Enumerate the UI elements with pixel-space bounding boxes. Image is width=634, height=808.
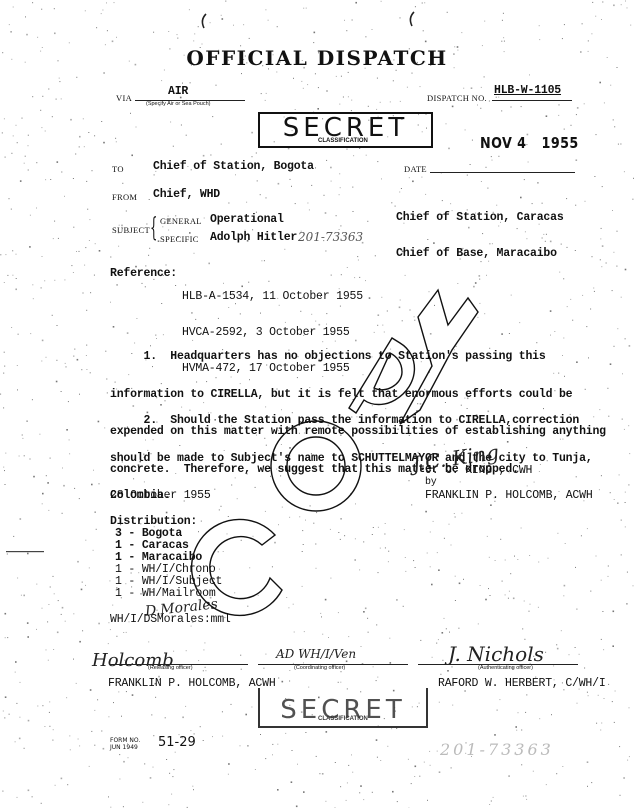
via-field: AIR [135, 86, 245, 101]
cc-list: Chief of Station, Caracas Chief of Base,… [396, 188, 564, 272]
releasing-officer-name: FRANKLIN P. HOLCOMB, ACWH [108, 677, 276, 690]
classification-caption: CLASSIFICATION [318, 138, 368, 144]
dispatch-no-label: DISPATCH NO. [427, 93, 487, 103]
general-label: GENERAL [160, 216, 202, 226]
by-name: FRANKLIN P. HOLCOMB, ACWH [425, 489, 593, 502]
via-hint: (Specify Air or Sea Pouch) [146, 101, 211, 107]
distribution-list: 3 - Bogota1 - Caracas1 - Maracaibo1 - WH… [115, 528, 222, 600]
by-label: by [425, 477, 437, 488]
form-date: JUN 1949 [110, 744, 140, 751]
distribution-count: 1 [115, 587, 122, 600]
from-label: FROM [112, 192, 137, 202]
distribution-separator: - [122, 587, 142, 600]
date-stamp-month-day: NOV 4 [480, 134, 526, 152]
coordinating-officer-caption: (Coordinating officer) [294, 665, 345, 671]
form-no-label: FORM NO. [110, 737, 140, 744]
received-date-stamp: NOV 4 1955 [480, 134, 579, 152]
to-value: Chief of Station, Bogota [153, 160, 314, 173]
dispatch-no-field: HLB-W-1105 [492, 84, 572, 101]
releasing-officer-caption: (Releasing officer) [148, 665, 193, 671]
date-written: 28 October 1955 [110, 489, 211, 502]
specific-handwritten-note: 201-73363 [298, 230, 363, 244]
form-number: 51-29 [158, 735, 196, 750]
classification-caption: CLASSIFICATION [318, 716, 368, 722]
date-label: DATE [404, 164, 427, 174]
from-value: Chief, WHD [153, 188, 220, 201]
cc-line: Chief of Station, Caracas [396, 212, 564, 224]
coordinating-officer-signature: AD WH/I/Ven [276, 647, 356, 661]
classification-stamp-top: SECRET CLASSIFICATION [258, 112, 433, 148]
via-value: AIR [168, 85, 188, 98]
faint-file-number-stamp: 201-73363 [440, 740, 554, 759]
specific-value: Adolph Hitler [210, 231, 297, 244]
classification-stamp-bottom: SECRET CLASSIFICATION [258, 688, 428, 728]
via-label: VIA [116, 93, 132, 103]
reference-item: HLB-A-1534, 11 October 1955 [182, 291, 363, 303]
text-line: 2. Should the Station pass the informati… [110, 415, 592, 428]
cc-line: Chief of Base, Maracaibo [396, 248, 564, 260]
date-stamp-year: 1955 [542, 134, 579, 152]
reference-label: Reference: [110, 267, 177, 280]
dispatch-no-value: HLB-W-1105 [494, 84, 561, 97]
document-title: OFFICIAL DISPATCH [0, 46, 634, 70]
subject-label: SUBJECT [112, 225, 150, 235]
text-line: 1. Headquarters has no objections to Sta… [110, 351, 606, 364]
specific-label: SPECIFIC [160, 234, 199, 244]
form-no-block: FORM NO. JUN 1949 [110, 737, 140, 751]
subject-brace: { [150, 213, 157, 243]
date-field [430, 160, 575, 173]
authenticating-officer-name: RAFORD W. HERBERT, C/WH/I [438, 677, 606, 690]
to-label: TO [112, 164, 124, 174]
typist-line: WH/I/DSMorales:mml [110, 613, 231, 626]
signer-line: J. C. KING , CWH [425, 464, 532, 477]
authenticating-officer-caption: (Authenticating officer) [478, 665, 533, 671]
general-value: Operational [210, 213, 284, 226]
